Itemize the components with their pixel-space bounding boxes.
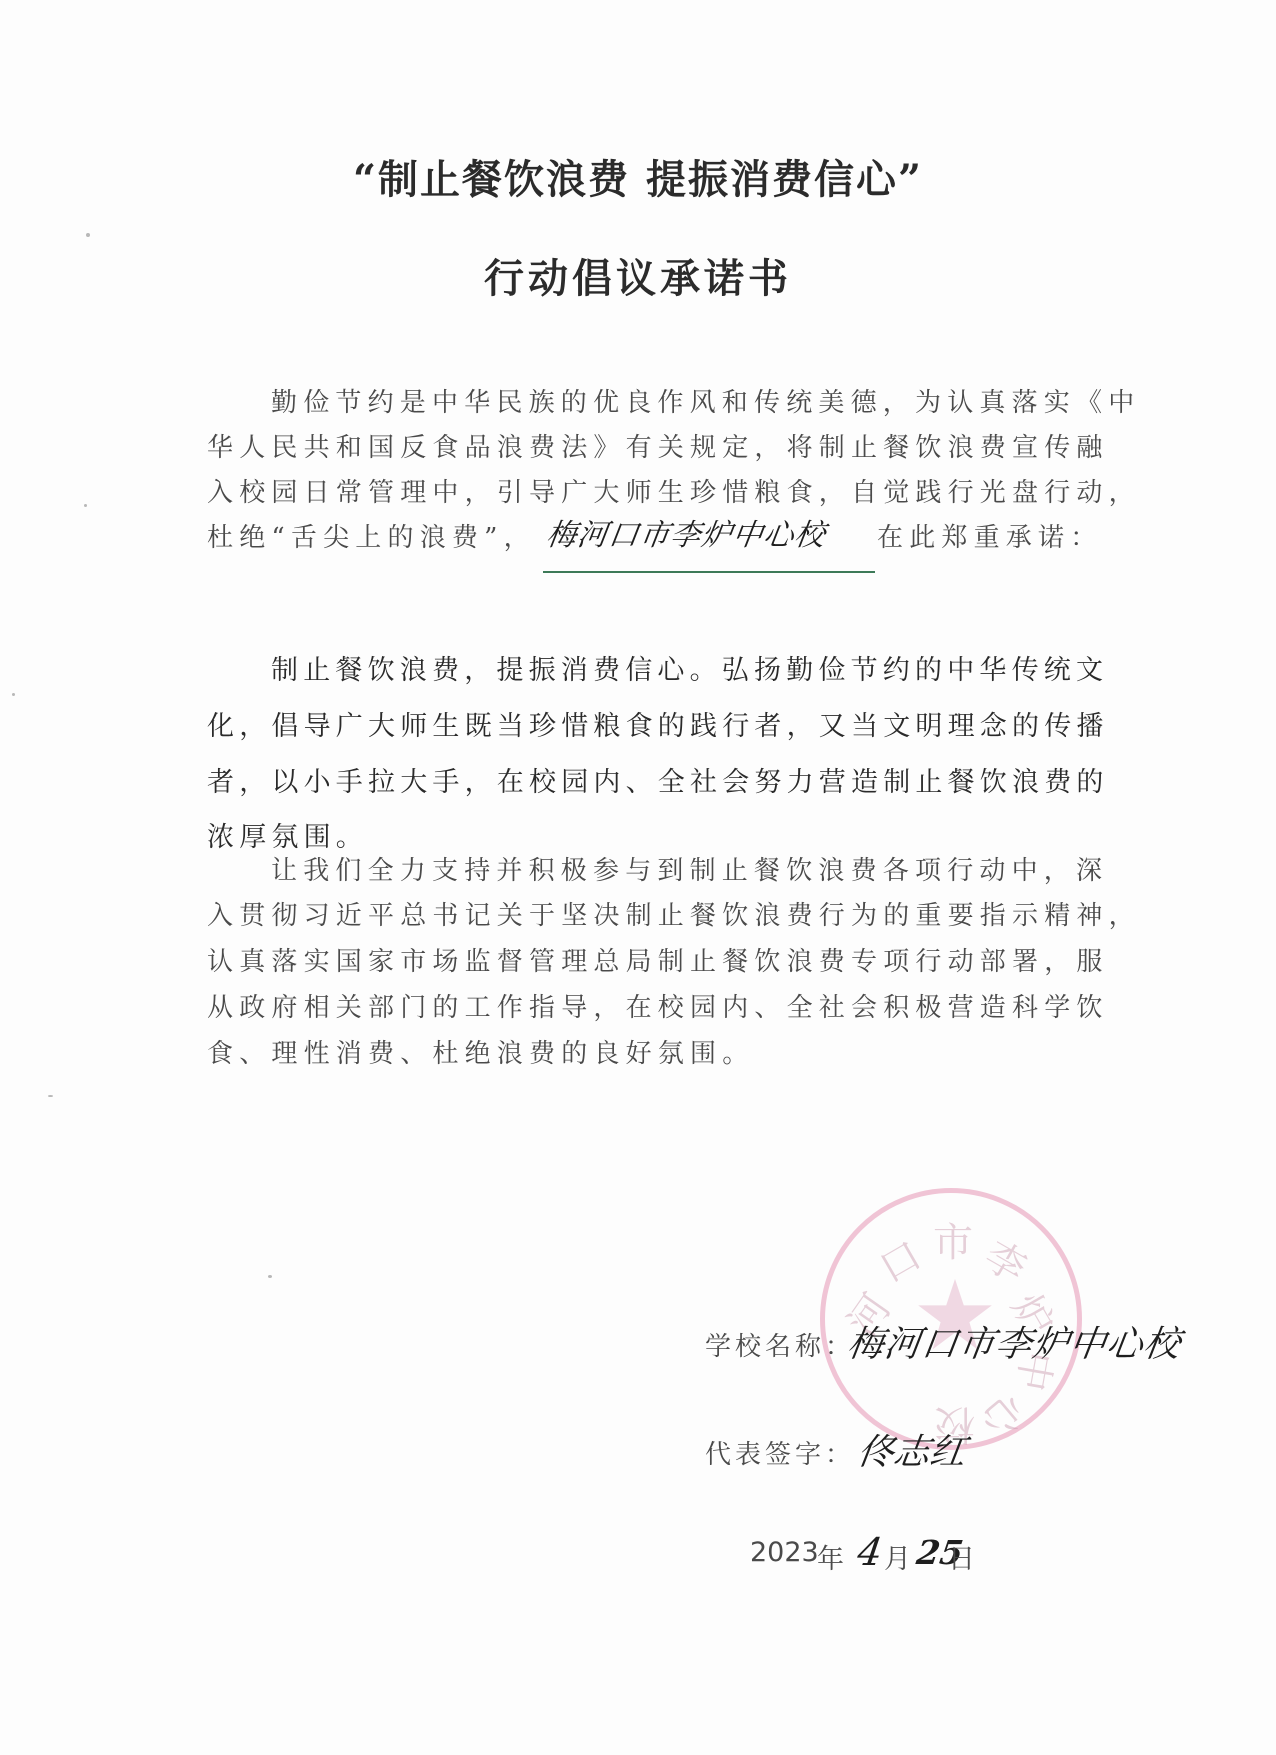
scan-speck — [48, 1095, 53, 1097]
scan-speck — [12, 693, 15, 696]
paragraph-line: 制止餐饮浪费，提振消费信心。弘扬勤俭节约的中华传统文 — [271, 648, 1108, 687]
date-year-unit: 年 — [817, 1537, 844, 1576]
paragraph-line: 让我们全力支持并积极参与到制止餐饮浪费各项行动中，深 — [271, 850, 1108, 887]
date-year: 2023 — [750, 1537, 819, 1568]
handwritten-school-name-signature: 梅河口市李炉中心校 — [844, 1316, 1184, 1367]
date-day-unit: 日 — [948, 1537, 975, 1576]
paragraph-line-suffix: 在此郑重承诺： — [877, 517, 1102, 554]
paragraph-line: 杜绝“舌尖上的浪费”， — [207, 517, 536, 554]
paragraph-line: 化，倡导广大师生既当珍惜粮食的践行者，又当文明理念的传播 — [207, 704, 1109, 743]
paragraph-line: 勤俭节约是中华民族的优良作风和传统美德，为认真落实《中 — [271, 382, 1140, 419]
document-title: “制止餐饮浪费 提振消费信心” — [0, 148, 1276, 205]
paragraph-line: 华人民共和国反食品浪费法》有关规定，将制止餐饮浪费宣传融 — [207, 427, 1109, 464]
handwritten-school-name: 梅河口市李炉中心校 — [544, 510, 829, 554]
paragraph-line: 从政府相关部门的工作指导，在校园内、全社会积极营造科学饮 — [207, 987, 1109, 1024]
paragraph-line: 入贯彻习近平总书记关于坚决制止餐饮浪费行为的重要指示精神， — [207, 895, 1141, 932]
scan-speck — [268, 1275, 272, 1278]
school-name-label: 学校名称： — [705, 1326, 855, 1363]
scan-speck — [84, 504, 87, 507]
paragraph-line: 入校园日常管理中，引导广大师生珍惜粮食，自觉践行光盘行动， — [207, 472, 1141, 509]
paragraph-line: 食、理性消费、杜绝浪费的良好氛围。 — [207, 1033, 754, 1070]
stamp-char: 市 — [933, 1211, 973, 1268]
date-month-unit: 月 — [884, 1537, 911, 1576]
handwritten-month: 4 — [855, 1530, 885, 1574]
document-subtitle: 行动倡议承诺书 — [0, 247, 1276, 304]
handwritten-representative-signature: 佟志红 — [854, 1424, 969, 1475]
representative-signature-label: 代表签字： — [705, 1434, 855, 1471]
document-page: “制止餐饮浪费 提振消费信心” 行动倡议承诺书 勤俭节约是中华民族的优良作风和传… — [0, 0, 1276, 1755]
paragraph-line: 认真落实国家市场监督管理总局制止餐饮浪费专项行动部署，服 — [207, 941, 1109, 978]
fill-in-underline — [543, 571, 875, 573]
stamp-char: 心 — [971, 1383, 1038, 1452]
scan-speck — [86, 233, 90, 237]
paragraph-line: 者，以小手拉大手，在校园内、全社会努力营造制止餐饮浪费的 — [207, 760, 1109, 799]
paragraph-line: 浓厚氛围。 — [207, 815, 368, 854]
